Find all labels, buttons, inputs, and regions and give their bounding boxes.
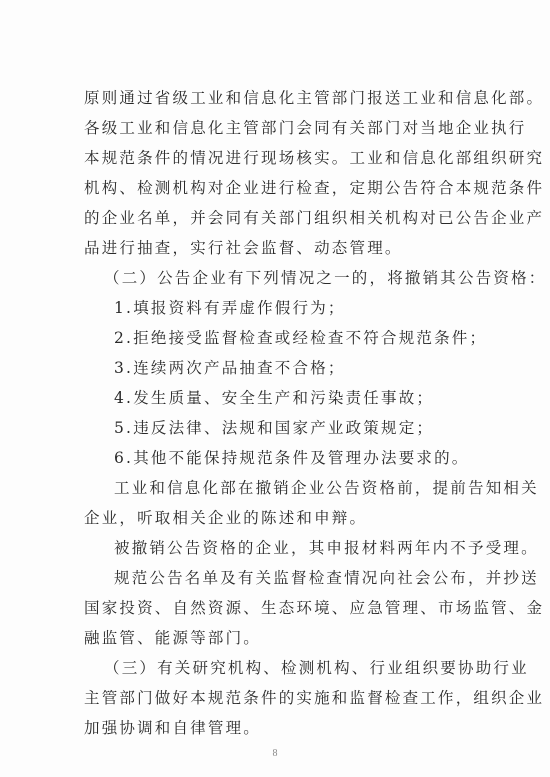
- list-item-1: 1.填报资料有弄虚作假行为；: [114, 298, 346, 318]
- list-item-4: 4.发生质量、安全生产和污染责任事故；: [114, 388, 434, 408]
- text-line-section3-cont2: 加强协调和自律管理。: [84, 718, 261, 738]
- text-line-section3-cont1: 主管部门做好本规范条件的实施和监督检查工作，组织企业: [84, 688, 544, 708]
- section-heading-3: （三）有关研究机构、检测机构、行业组织要协助行业: [104, 658, 529, 678]
- text-line-publish: 规范公告名单及有关监督检查情况向社会公布，并抄送: [114, 568, 539, 588]
- text-line-4: 机构、检测机构对企业进行检查，定期公告符合本规范条件: [84, 178, 544, 198]
- list-item-3: 3.连续两次产品抽查不合格；: [114, 358, 346, 378]
- document-page: 原则通过省级工业和信息化主管部门报送工业和信息化部。 各级工业和信息化主管部门会…: [0, 0, 550, 777]
- text-line-publish-cont1: 国家投资、自然资源、生态环境、应急管理、市场监管、金: [84, 598, 544, 618]
- list-item-5: 5.违反法律、法规和国家产业政策规定；: [114, 418, 434, 438]
- text-line-2: 各级工业和信息化主管部门会同有关部门对当地企业执行: [84, 118, 527, 138]
- page-number: 8: [0, 748, 550, 759]
- text-line-notify: 工业和信息化部在撤销企业公告资格前，提前告知相关: [114, 478, 539, 498]
- text-line-1: 原则通过省级工业和信息化主管部门报送工业和信息化部。: [84, 88, 544, 108]
- text-line-3: 本规范条件的情况进行现场核实。工业和信息化部组织研究: [84, 148, 544, 168]
- text-line-publish-cont2: 融监管、能源等部门。: [84, 628, 261, 648]
- text-line-revoked: 被撤销公告资格的企业，其申报材料两年内不予受理。: [114, 538, 539, 558]
- list-item-2: 2.拒绝接受监督检查或经检查不符合规范条件；: [114, 328, 487, 348]
- section-heading-2: （二）公告企业有下列情况之一的，将撤销其公告资格：: [104, 268, 547, 288]
- text-line-notify-cont: 企业，听取相关企业的陈述和申辩。: [84, 508, 367, 528]
- list-item-6: 6.其他不能保持规范条件及管理办法要求的。: [114, 448, 470, 468]
- text-line-6: 品进行抽查，实行社会监督、动态管理。: [84, 238, 403, 258]
- text-line-5: 的企业名单，并会同有关部门组织相关机构对已公告企业产: [84, 208, 544, 228]
